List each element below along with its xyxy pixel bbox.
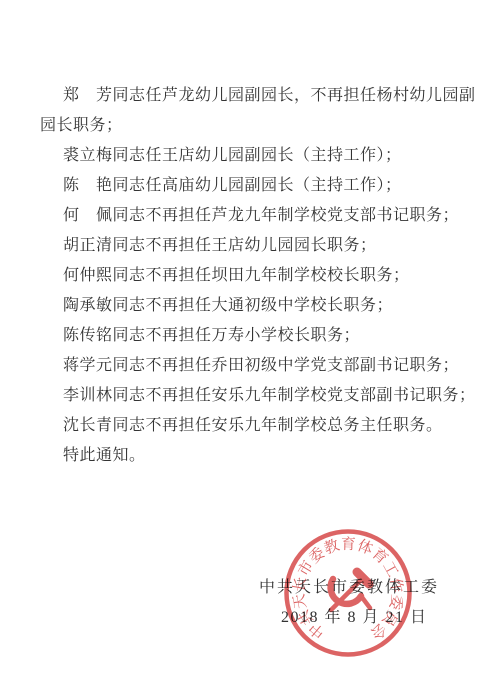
body-line: 园长职务； xyxy=(40,111,476,141)
body-line: 李训林同志不再担任安乐九年制学校党支部副书记职务； xyxy=(40,381,476,411)
official-seal: 中共天长市委教育体育工作委员会 xyxy=(273,518,423,668)
party-emblem-icon xyxy=(331,572,370,610)
body-line: 何 佩同志不再担任芦龙九年制学校党支部书记职务； xyxy=(40,201,476,231)
notice-body-text: 郑 芳同志任芦龙幼儿园副园长，不再担任杨村幼儿园副 园长职务； 裘立梅同志任王店… xyxy=(40,81,476,471)
body-line: 陶承敏同志不再担任大通初级中学校长职务； xyxy=(40,291,476,321)
body-line: 蒋学元同志不再担任乔田初级中学党支部副书记职务； xyxy=(40,351,476,381)
body-line: 郑 芳同志任芦龙幼儿园副园长，不再担任杨村幼儿园副 xyxy=(40,81,476,111)
body-line: 特此通知。 xyxy=(40,441,476,471)
seal-ring-text: 中共天长市委教育体育工作委员会 xyxy=(291,535,406,643)
body-line: 何仲熙同志不再担任坝田九年制学校校长职务； xyxy=(40,261,476,291)
body-line: 胡正清同志不再担任王店幼儿园园长职务； xyxy=(40,231,476,261)
sickle-handle xyxy=(361,596,370,608)
body-line: 沈长青同志不再担任安乐九年制学校总务主任职务。 xyxy=(40,411,476,441)
body-line: 陈 艳同志任高庙幼儿园副园长（主持工作）； xyxy=(40,171,476,201)
notice-document-page: 郑 芳同志任芦龙幼儿园副园长，不再担任杨村幼儿园副 园长职务； 裘立梅同志任王店… xyxy=(0,0,500,675)
body-line: 陈传铭同志不再担任万寿小学校长职务； xyxy=(40,321,476,351)
seal-ring-text-group: 中共天长市委教育体育工作委员会 xyxy=(291,535,406,643)
body-line: 裘立梅同志任王店幼儿园副园长（主持工作）； xyxy=(40,141,476,171)
